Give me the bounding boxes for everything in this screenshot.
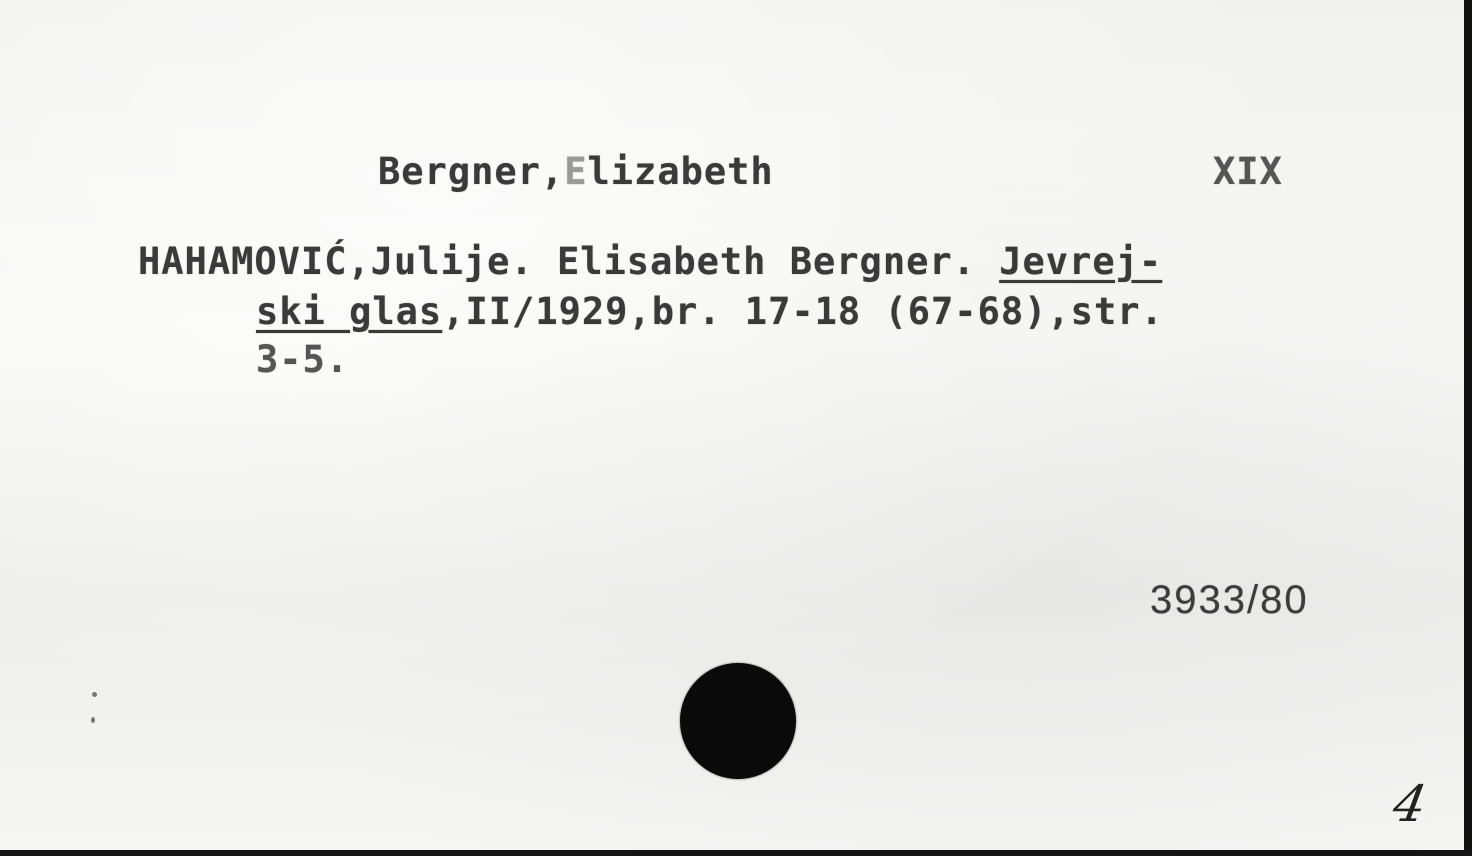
catalog-card: Bergner,Elizabeth XIX HAHAMOVIĆ,Julije. … — [0, 0, 1464, 850]
heading-name-rest: lizabeth — [588, 150, 774, 193]
card-edge-bottom — [0, 850, 1472, 856]
entry-pages: 3-5. — [256, 338, 349, 381]
handwritten-number: 4 — [1389, 775, 1431, 833]
entry-author-title: HAHAMOVIĆ,Julije. Elisabeth Bergner. — [138, 240, 999, 283]
card-edge-right — [1464, 0, 1472, 856]
entry-journal-title-part2: ski glas — [256, 290, 442, 333]
entry-line-1: HAHAMOVIĆ,Julije. Elisabeth Bergner. Jev… — [138, 240, 1162, 283]
speck-mark — [92, 692, 97, 697]
heading-name-prefix: Bergner, — [378, 150, 564, 193]
punch-hole-icon — [680, 663, 796, 779]
entry-journal-title-part1: Jevrej- — [999, 240, 1162, 283]
heading-name-faint-initial: E — [564, 150, 587, 193]
entry-issue-details: ,II/1929,br. 17-18 (67-68),str. — [442, 290, 1164, 333]
speck-mark — [91, 717, 95, 723]
entry-line-2: ski glas,II/1929,br. 17-18 (67-68),str. — [256, 290, 1164, 333]
heading-author-name: Bergner,Elizabeth — [378, 150, 774, 193]
classification-mark: XIX — [1213, 150, 1283, 193]
accession-number: 3933/80 — [1150, 578, 1309, 623]
